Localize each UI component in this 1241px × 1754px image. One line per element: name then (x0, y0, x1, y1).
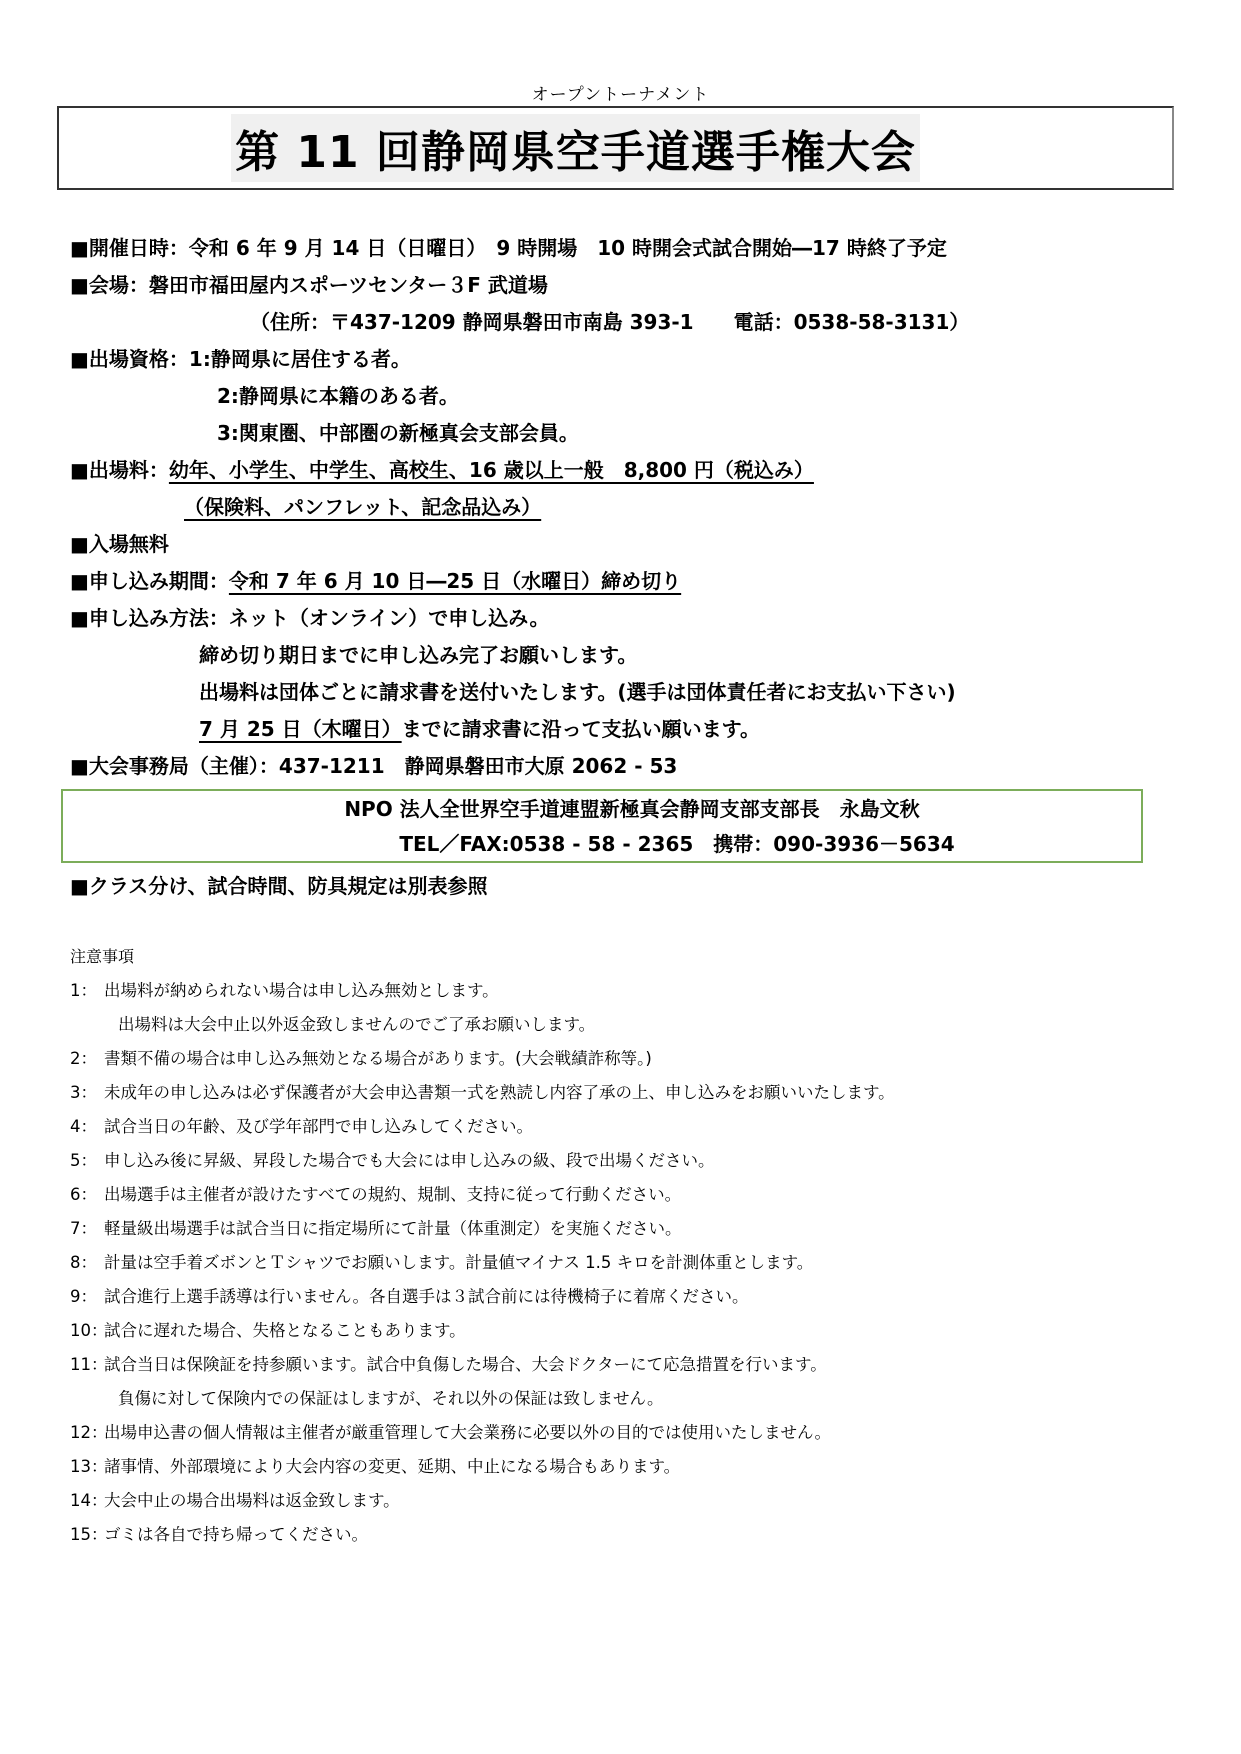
note-number: 13： (70, 1450, 104, 1484)
note-number: 1： (70, 974, 104, 1008)
note-text: 大会中止の場合出場料は返金致します。 (104, 1491, 400, 1510)
event-subtitle: オープントーナメント (0, 80, 1241, 105)
note-item: 9：試合進行上選手誘導は行いません。各自選手は３試合前には待機椅子に着席ください… (70, 1280, 1180, 1314)
application-period-label: ■申し込み期間： (70, 569, 229, 593)
note-item: 10：試合に遅れた場合、失格となることもあります。 (70, 1314, 1180, 1348)
eligibility-item: 2:静岡県に本籍のある者。 (70, 378, 1180, 415)
organizer-phone: TEL／FAX:0538 - 58 - 2365 携帯：090-3936－563… (63, 826, 1141, 861)
note-item: 6：出場選手は主催者が設けたすべての規約、規制、支持に従って行動ください。 (70, 1178, 1180, 1212)
application-period-value: 令和 7 年 6 月 10 日―25 日（水曜日）締め切り (229, 569, 681, 593)
application-method-line: 締め切り期日までに申し込み完了お願いします。 (70, 637, 1180, 674)
event-date-value: 令和 6 年 9 月 14 日（日曜日） 9 時開場 10 時開会式試合開始―1… (189, 236, 947, 260)
note-item: 7：軽量級出場選手は試合当日に指定場所にて計量（体重測定）を実施ください。 (70, 1212, 1180, 1246)
note-text: 負傷に対して保険内での保証はしますが、それ以外の保証は致しません。 (118, 1389, 664, 1408)
note-number: 10： (70, 1314, 104, 1348)
fee-includes: （保険料、パンフレット、記念品込み） (184, 495, 541, 519)
fee-value: 幼年、小学生、中学生、高校生、16 歳以上一般 8,800 円（税込み） (169, 458, 814, 482)
venue-value: 磐田市福田屋内スポーツセンター３F 武道場 (149, 273, 548, 297)
note-text: 未成年の申し込みは必ず保護者が大会申込書類一式を熟読し内容了承の上、申し込みをお… (104, 1083, 895, 1102)
note-item: 14：大会中止の場合出場料は返金致します。 (70, 1484, 1180, 1518)
note-text: ゴミは各自で持ち帰ってください。 (104, 1525, 368, 1544)
note-item: 8：計量は空手着ズボンとＴシャツでお願いします。計量値マイナス 1.5 キロを計… (70, 1246, 1180, 1280)
office-row: ■大会事務局（主催）：437-1211 静岡県磐田市大原 2062 - 53 (70, 748, 1180, 785)
title-box: 第 11 回静岡県空手道選手権大会 (57, 106, 1174, 190)
organizer-name: NPO 法人全世界空手道連盟新極真会静岡支部支部長 永島文秋 (63, 791, 1141, 826)
note-text: 試合進行上選手誘導は行いません。各自選手は３試合前には待機椅子に着席ください。 (104, 1287, 749, 1306)
note-text: 軽量級出場選手は試合当日に指定場所にて計量（体重測定）を実施ください。 (104, 1219, 682, 1238)
venue-row: ■会場：磐田市福田屋内スポーツセンター３F 武道場 (70, 267, 1180, 304)
note-text: 計量は空手着ズボンとＴシャツでお願いします。計量値マイナス 1.5 キロを計測体… (104, 1253, 813, 1272)
office-address: 437-1211 静岡県磐田市大原 2062 - 53 (279, 754, 677, 778)
note-number: 12： (70, 1416, 104, 1450)
note-text: 諸事情、外部環境により大会内容の変更、延期、中止になる場合もあります。 (104, 1457, 680, 1476)
note-item: 4：試合当日の年齢、及び学年部門で申し込みしてください。 (70, 1110, 1180, 1144)
note-item: 13：諸事情、外部環境により大会内容の変更、延期、中止になる場合もあります。 (70, 1450, 1180, 1484)
venue-label: ■会場： (70, 273, 149, 297)
eligibility-label: ■出場資格： (70, 347, 189, 371)
note-text: 書類不備の場合は申し込み無効となる場合があります。(大会戦績詐称等。) (104, 1049, 652, 1068)
event-date-label: ■開催日時： (70, 236, 189, 260)
note-text: 出場料が納められない場合は申し込み無効とします。 (104, 981, 499, 1000)
event-details: ■開催日時：令和 6 年 9 月 14 日（日曜日） 9 時開場 10 時開会式… (70, 230, 1180, 785)
note-item: 5：申し込み後に昇級、昇段した場合でも大会には申し込みの級、段で出場ください。 (70, 1144, 1180, 1178)
payment-deadline-row: 7 月 25 日（木曜日）までに請求書に沿って支払い願います。 (70, 711, 1180, 748)
class-division-note: ■クラス分け、試合時間、防具規定は別表参照 (70, 868, 488, 905)
venue-address: （住所：〒437-1209 静岡県磐田市南島 393-1 電話：0538-58-… (70, 304, 1180, 341)
note-number: 5： (70, 1144, 104, 1178)
office-label: ■大会事務局（主催）： (70, 754, 279, 778)
note-number: 6： (70, 1178, 104, 1212)
note-item: 2：書類不備の場合は申し込み無効となる場合があります。(大会戦績詐称等。) (70, 1042, 1180, 1076)
application-method-label: ■申し込み方法： (70, 606, 229, 630)
note-text: 出場料は大会中止以外返金致しませんのでご了承お願いします。 (118, 1015, 595, 1034)
fee-row: ■出場料：幼年、小学生、中学生、高校生、16 歳以上一般 8,800 円（税込み… (70, 452, 1180, 489)
notes-heading: 注意事項 (70, 940, 1180, 974)
note-item: 12：出場申込書の個人情報は主催者が厳重管理して大会業務に必要以外の目的では使用… (70, 1416, 1180, 1450)
note-text: 出場選手は主催者が設けたすべての規約、規制、支持に従って行動ください。 (104, 1185, 681, 1204)
note-number: 15： (70, 1518, 104, 1552)
note-number: 8： (70, 1246, 104, 1280)
eligibility-item: 1:静岡県に居住する者。 (189, 347, 411, 371)
application-method-line: 出場料は団体ごとに請求書を送付いたします。(選手は団体責任者にお支払い下さい) (70, 674, 1180, 711)
note-text: 試合に遅れた場合、失格となることもあります。 (104, 1321, 466, 1340)
note-number: 14： (70, 1484, 104, 1518)
note-item-continuation: 出場料は大会中止以外返金致しませんのでご了承お願いします。 (70, 1008, 1180, 1042)
application-method-value: ネット（オンライン）で申し込み。 (229, 606, 550, 630)
note-number: 4： (70, 1110, 104, 1144)
fee-label: ■出場料： (70, 458, 169, 482)
note-number: 11： (70, 1348, 104, 1382)
notes-section: 注意事項 1：出場料が納められない場合は申し込み無効とします。 出場料は大会中止… (70, 940, 1180, 1552)
eligibility-item: 3:関東圏、中部圏の新極真会支部会員。 (70, 415, 1180, 452)
application-period-row: ■申し込み期間：令和 7 年 6 月 10 日―25 日（水曜日）締め切り (70, 563, 1180, 600)
note-text: 申し込み後に昇級、昇段した場合でも大会には申し込みの級、段で出場ください。 (104, 1151, 715, 1170)
note-text: 出場申込書の個人情報は主催者が厳重管理して大会業務に必要以外の目的では使用いたし… (104, 1423, 831, 1442)
notes-list: 1：出場料が納められない場合は申し込み無効とします。 出場料は大会中止以外返金致… (70, 974, 1180, 1552)
note-item: 15：ゴミは各自で持ち帰ってください。 (70, 1518, 1180, 1552)
note-item: 1：出場料が納められない場合は申し込み無効とします。 (70, 974, 1180, 1008)
application-method-row: ■申し込み方法：ネット（オンライン）で申し込み。 (70, 600, 1180, 637)
note-item: 3：未成年の申し込みは必ず保護者が大会申込書類一式を熟読し内容了承の上、申し込み… (70, 1076, 1180, 1110)
note-item-continuation: 負傷に対して保険内での保証はしますが、それ以外の保証は致しません。 (70, 1382, 1180, 1416)
payment-deadline-date: 7 月 25 日（木曜日） (199, 717, 402, 741)
admission-free: ■入場無料 (70, 526, 1180, 563)
note-text: 試合当日は保険証を持参願います。試合中負傷した場合、大会ドクターにて応急措置を行… (104, 1355, 827, 1374)
payment-deadline-text: までに請求書に沿って支払い願います。 (402, 717, 760, 741)
note-number: 7： (70, 1212, 104, 1246)
page-title: 第 11 回静岡県空手道選手権大会 (231, 114, 920, 182)
note-number: 2： (70, 1042, 104, 1076)
eligibility-row: ■出場資格：1:静岡県に居住する者。 (70, 341, 1180, 378)
note-item: 11：試合当日は保険証を持参願います。試合中負傷した場合、大会ドクターにて応急措… (70, 1348, 1180, 1382)
note-text: 試合当日の年齢、及び学年部門で申し込みしてください。 (104, 1117, 533, 1136)
fee-includes-row: （保険料、パンフレット、記念品込み） (70, 489, 1180, 526)
note-number: 9： (70, 1280, 104, 1314)
contact-box: NPO 法人全世界空手道連盟新極真会静岡支部支部長 永島文秋 TEL／FAX:0… (61, 789, 1143, 863)
note-number: 3： (70, 1076, 104, 1110)
event-date-row: ■開催日時：令和 6 年 9 月 14 日（日曜日） 9 時開場 10 時開会式… (70, 230, 1180, 267)
